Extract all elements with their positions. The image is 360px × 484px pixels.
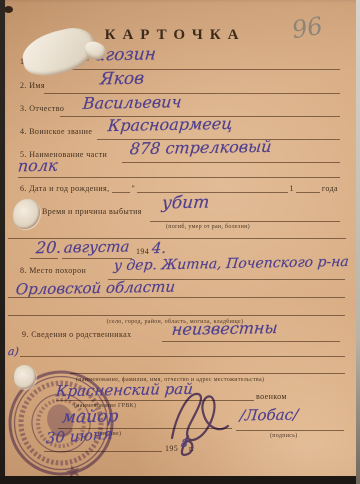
loss-date-year-written: 4. — [151, 239, 167, 257]
field-unit-value: 878 стрелковый — [129, 137, 272, 158]
field-unit-value-cont: полк — [17, 156, 58, 176]
loss-date-month: августа — [63, 237, 130, 256]
field-firstname-label: 2. Имя — [20, 81, 45, 90]
field-loss-hint: (погиб, умер от ран, болезни) — [166, 224, 250, 230]
field-loss-label: Время и причина выбытия — [42, 207, 142, 216]
page-number: 96 — [290, 12, 325, 44]
field-underline — [18, 177, 340, 178]
sub-item-mark: а) — [7, 345, 19, 358]
field-relatives-value: неизвестны — [171, 318, 278, 339]
field-underline — [150, 221, 340, 222]
field-underline — [236, 430, 344, 431]
field-rank-value: Красноармеец — [107, 114, 233, 135]
field-birth-row: 6. Дата и год рождения , " 1 года — [20, 184, 338, 193]
blank-segment — [112, 184, 130, 193]
blank-segment — [137, 184, 287, 193]
signature-flourish — [158, 386, 246, 460]
field-underline — [30, 258, 58, 259]
birth-comma: , — [107, 184, 109, 193]
field-underline — [162, 341, 340, 342]
scanned-card: КАРТОЧКА 96 1. Фамилия Рагозин 2. Имя Як… — [0, 0, 360, 484]
field-birth-label: 6. Дата и год рождения — [20, 184, 107, 193]
field-burial-label: 8. Место похорон — [20, 266, 86, 275]
loss-date-day: 20. — [35, 238, 62, 257]
field-patronymic-label: 3. Отчество — [20, 104, 64, 113]
field-rank-label: 4. Воинское звание — [20, 127, 92, 136]
field-firstname-value: Яков — [99, 69, 145, 90]
field-patronymic-value: Васильевич — [82, 92, 182, 113]
birth-one: 1 — [290, 184, 294, 193]
signature-hint: (подпись) — [270, 433, 298, 439]
birth-suffix: года — [322, 184, 338, 193]
birth-quote: " — [132, 184, 136, 193]
footer-year-written: 8 — [180, 437, 188, 450]
scan-edge-right — [356, 0, 360, 484]
field-relatives-label: 9. Сведения о родственниках — [22, 330, 132, 339]
signer-name: /Лобас/ — [239, 405, 299, 424]
field-underline — [122, 162, 340, 163]
field-loss-value: убит — [161, 193, 210, 214]
blank-line — [20, 356, 345, 357]
field-underline — [8, 315, 345, 316]
ink-speck — [4, 6, 13, 13]
loss-date-year-printed: 194 — [136, 247, 149, 256]
field-burial-value-cont: Орловской области — [15, 278, 176, 299]
blank-segment — [296, 184, 320, 193]
commissariat-printed: военком — [256, 392, 287, 401]
field-underline — [57, 69, 340, 70]
